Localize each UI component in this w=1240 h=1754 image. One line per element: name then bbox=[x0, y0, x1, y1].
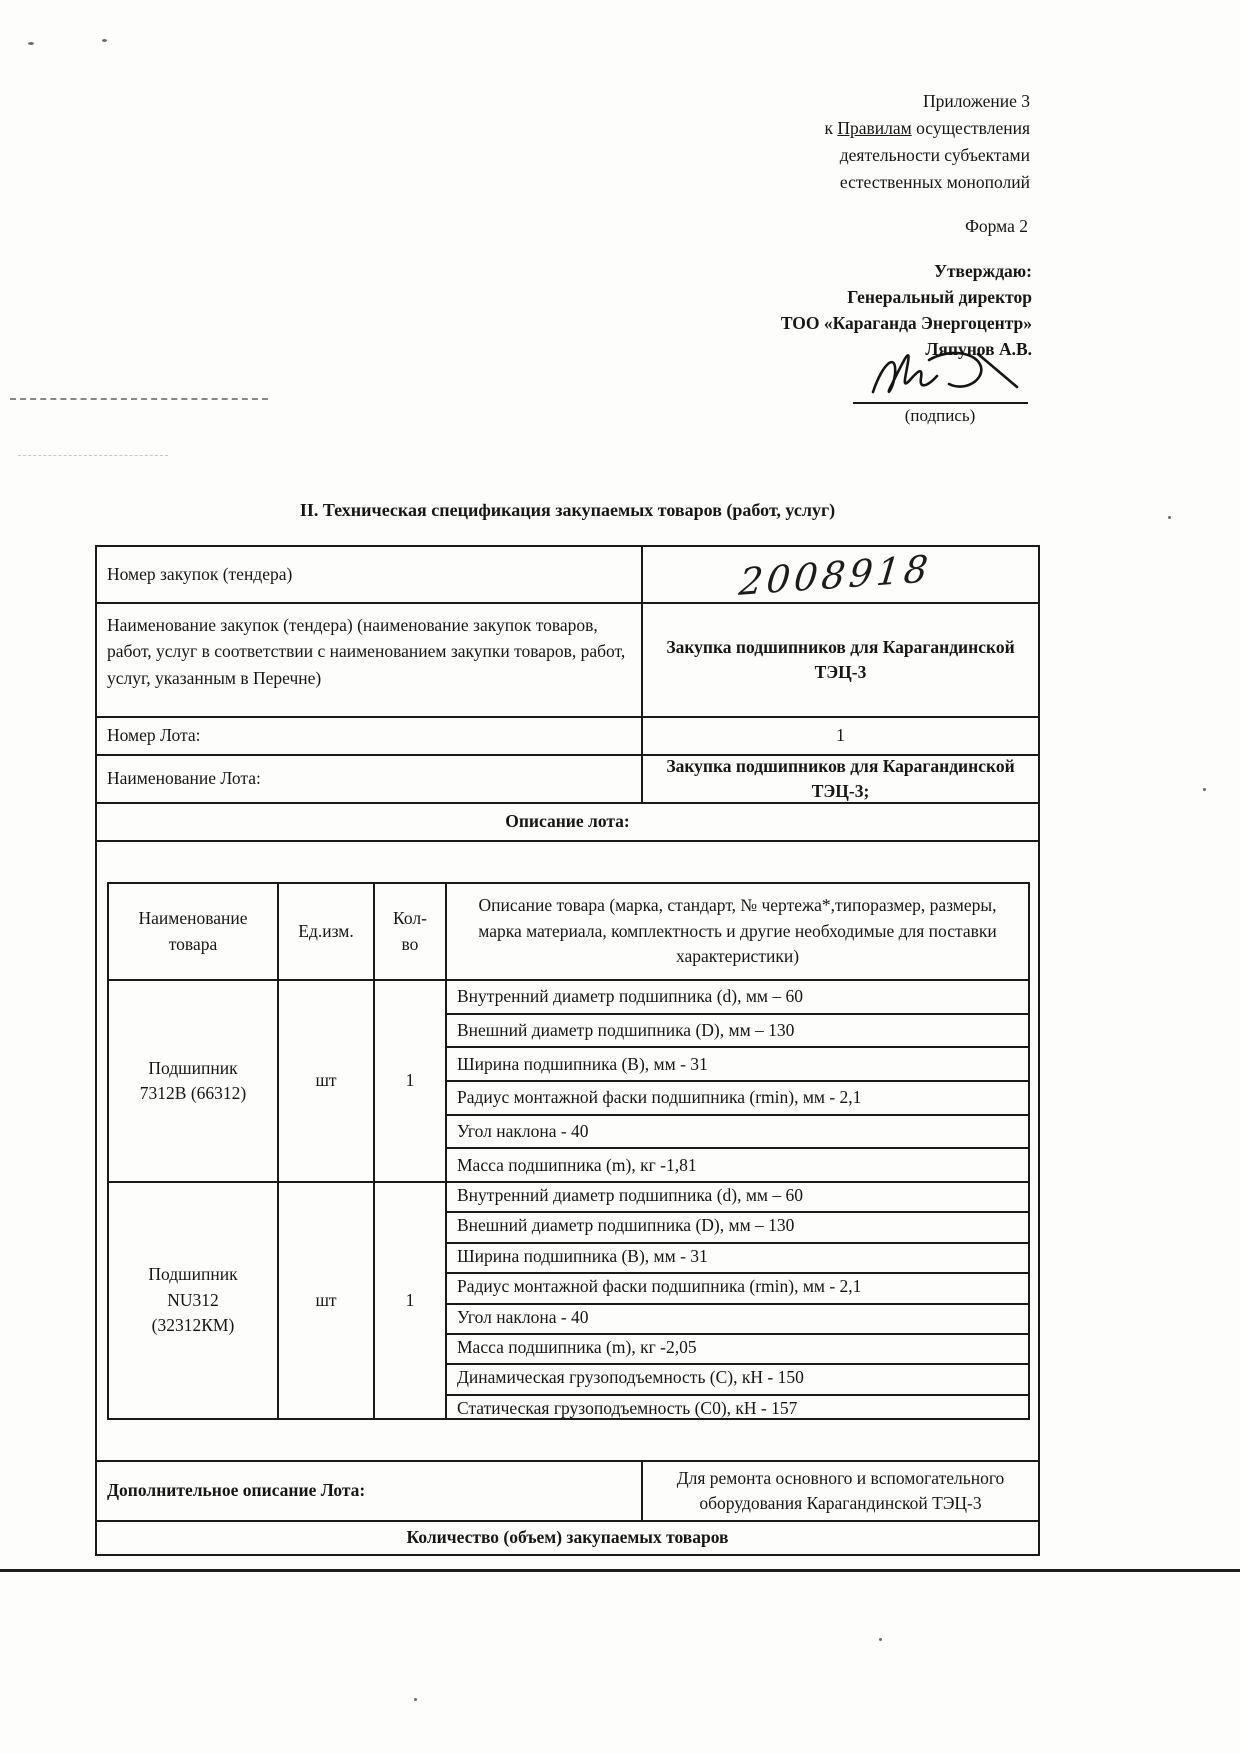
table-spacer bbox=[97, 840, 1038, 882]
product-specs: Внутренний диаметр подшипника (d), мм – … bbox=[447, 1183, 1028, 1418]
signature-scribble bbox=[845, 340, 1035, 406]
product-row: Подшипник NU312 (32312КМ)шт1Внутренний д… bbox=[109, 1181, 1028, 1418]
products-table: Наименование товара Ед.изм. Кол- во Опис… bbox=[107, 882, 1030, 1420]
spec-line: Масса подшипника (m), кг -1,81 bbox=[447, 1149, 1028, 1181]
additional-description-row: Дополнительное описание Лота: Для ремонт… bbox=[97, 1460, 1038, 1520]
spec-line: Радиус монтажной фаски подшипника (rmin)… bbox=[447, 1274, 1028, 1304]
spec-line: Динамическая грузоподъемность (С), кН - … bbox=[447, 1365, 1028, 1395]
appendix-reference: Приложение 3 к Правилам осуществления де… bbox=[824, 88, 1030, 196]
spec-line: Внутренний диаметр подшипника (d), мм – … bbox=[447, 1183, 1028, 1213]
quantity-header-row: Количество (объем) закупаемых товаров bbox=[97, 1520, 1038, 1554]
product-unit: шт bbox=[279, 981, 375, 1181]
spec-line: Радиус монтажной фаски подшипника (rmin)… bbox=[447, 1082, 1028, 1116]
tender-number-row: Номер закупок (тендера) 2008918 bbox=[97, 547, 1038, 602]
approval-line: ТОО «Караганда Энергоцентр» bbox=[781, 310, 1032, 336]
spec-line: Угол наклона - 40 bbox=[447, 1116, 1028, 1150]
lot-number-label: Номер Лота: bbox=[97, 718, 643, 754]
product-name: Подшипник NU312 (32312КМ) bbox=[109, 1183, 279, 1418]
column-header-description: Описание товара (марка, стандарт, № черт… bbox=[447, 884, 1028, 979]
scan-dash-line bbox=[18, 455, 168, 456]
product-qty: 1 bbox=[375, 1183, 447, 1418]
lot-name-value: Закупка подшипников для Карагандинской Т… bbox=[643, 756, 1038, 802]
section-title: II. Техническая спецификация закупаемых … bbox=[95, 497, 1040, 523]
spec-line: Статическая грузоподъемность (С0), кН - … bbox=[447, 1396, 1028, 1424]
column-header-product-name: Наименование товара bbox=[109, 884, 279, 979]
column-header-unit: Ед.изм. bbox=[279, 884, 375, 979]
appendix-line: естественных монополий bbox=[824, 169, 1030, 196]
tender-number-label: Номер закупок (тендера) bbox=[97, 547, 643, 602]
rules-link-text: Правилам bbox=[837, 118, 911, 138]
tender-name-row: Наименование закупок (тендера) (наименов… bbox=[97, 602, 1038, 716]
product-row: Подшипник 7312В (66312)шт1Внутренний диа… bbox=[109, 979, 1028, 1181]
scan-speck bbox=[28, 42, 34, 45]
products-table-header: Наименование товара Ед.изм. Кол- во Опис… bbox=[109, 884, 1028, 979]
document-page: Приложение 3 к Правилам осуществления де… bbox=[0, 0, 1240, 1754]
spec-line: Ширина подшипника (В), мм - 31 bbox=[447, 1048, 1028, 1082]
lot-number-row: Номер Лота: 1 bbox=[97, 716, 1038, 754]
product-name: Подшипник 7312В (66312) bbox=[109, 981, 279, 1181]
form-number-label: Форма 2 bbox=[965, 214, 1028, 239]
table-spacer bbox=[97, 1420, 1038, 1460]
column-header-quantity: Кол- во bbox=[375, 884, 447, 979]
scan-speck bbox=[1168, 516, 1171, 519]
spec-line: Масса подшипника (m), кг -2,05 bbox=[447, 1335, 1028, 1365]
product-unit: шт bbox=[279, 1183, 375, 1418]
products-rows: Подшипник 7312В (66312)шт1Внутренний диа… bbox=[109, 979, 1028, 1418]
additional-description-value: Для ремонта основного и вспомогательного… bbox=[643, 1462, 1038, 1520]
spec-line: Внутренний диаметр подшипника (d), мм – … bbox=[447, 981, 1028, 1015]
spec-line: Ширина подшипника (В), мм - 31 bbox=[447, 1244, 1028, 1274]
scan-speck bbox=[1203, 788, 1206, 791]
lot-description-header: Описание лота: bbox=[97, 802, 1038, 840]
spec-line: Внешний диаметр подшипника (D), мм – 130 bbox=[447, 1213, 1028, 1243]
page-bottom-rule bbox=[0, 1569, 1240, 1572]
scan-dash-line bbox=[10, 398, 268, 400]
approval-line: Утверждаю: bbox=[781, 258, 1032, 284]
specification-table: Номер закупок (тендера) 2008918 Наименов… bbox=[95, 545, 1040, 1556]
tender-number-cell: 2008918 bbox=[643, 547, 1038, 602]
spec-line: Внешний диаметр подшипника (D), мм – 130 bbox=[447, 1015, 1028, 1049]
tender-name-label: Наименование закупок (тендера) (наименов… bbox=[97, 604, 643, 716]
signature-zone: (подпись) bbox=[845, 340, 1035, 430]
scan-speck bbox=[102, 39, 107, 42]
appendix-line: к Правилам осуществления bbox=[824, 115, 1030, 142]
lot-number-value: 1 bbox=[643, 718, 1038, 754]
scan-speck bbox=[414, 1698, 417, 1701]
product-specs: Внутренний диаметр подшипника (d), мм – … bbox=[447, 981, 1028, 1181]
approval-line: Генеральный директор bbox=[781, 284, 1032, 310]
tender-number-handwritten-value: 2008918 bbox=[736, 542, 934, 610]
additional-description-label: Дополнительное описание Лота: bbox=[97, 1462, 643, 1520]
appendix-line: деятельности субъектами bbox=[824, 142, 1030, 169]
spec-line: Угол наклона - 40 bbox=[447, 1305, 1028, 1335]
signature-caption: (подпись) bbox=[845, 404, 1035, 429]
product-qty: 1 bbox=[375, 981, 447, 1181]
lot-name-row: Наименование Лота: Закупка подшипников д… bbox=[97, 754, 1038, 802]
scan-speck bbox=[879, 1638, 882, 1641]
appendix-line: Приложение 3 bbox=[824, 88, 1030, 115]
lot-name-label: Наименование Лота: bbox=[97, 756, 643, 802]
tender-name-value: Закупка подшипников для Карагандинской Т… bbox=[643, 604, 1038, 716]
